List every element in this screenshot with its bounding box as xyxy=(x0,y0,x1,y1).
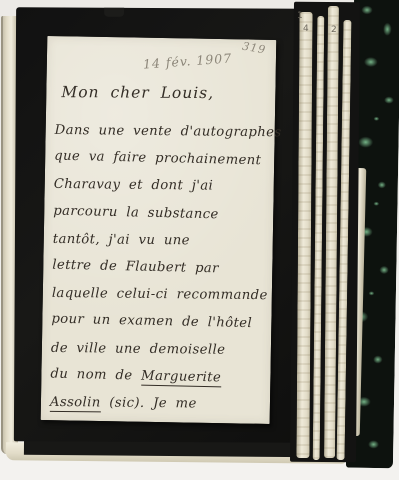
letter-line: pour un examen de l'hôtel xyxy=(51,306,272,338)
manuscript-letter: 319 14 fév. 1907 Mon cher Louis, Dans un… xyxy=(41,36,277,424)
page-fore-edge-stack: 1 4 2 xyxy=(292,2,358,462)
letter-line-final: Assolin (sic). Je me xyxy=(50,389,270,418)
pencil-edge-mark: 4 xyxy=(303,24,309,34)
album-black-page: 319 14 fév. 1907 Mon cher Louis, Dans un… xyxy=(14,7,308,443)
page-corner-notch xyxy=(104,8,124,17)
letter-salutation: Mon cher Louis, xyxy=(61,83,214,102)
underlined-surname: Assolin xyxy=(50,395,101,413)
pencil-edge-mark: 2 xyxy=(331,25,337,35)
letter-line: tantôt, j'ai vu une xyxy=(53,226,273,255)
pencil-date: 14 fév. 1907 xyxy=(143,50,233,71)
letter-line: parcouru la substance xyxy=(53,197,274,229)
letter-line: Dans une vente d'autographes xyxy=(55,117,275,146)
letter-line: que va faire prochainement xyxy=(54,143,275,175)
letter-line: laquelle celui-ci recommande xyxy=(52,280,272,309)
letter-line: lettre de Flaubert par xyxy=(52,252,273,284)
name-line-pre: du nom de xyxy=(50,366,141,383)
letter-line: de ville une demoiselle xyxy=(51,334,271,363)
letter-line-name: du nom de Marguerite xyxy=(50,360,271,392)
album-photograph: 319 14 fév. 1907 Mon cher Louis, Dans un… xyxy=(0,0,399,480)
pencil-edge-mark: 1 xyxy=(297,11,303,21)
pencil-page-number: 319 xyxy=(241,40,267,57)
letter-line: Charavay et dont j'ai xyxy=(54,171,274,200)
underlined-first-name: Marguerite xyxy=(141,368,221,387)
letter-body: Dans une vente d'autographes que va fair… xyxy=(50,116,275,419)
final-line-post: (sic). Je me xyxy=(101,395,197,411)
